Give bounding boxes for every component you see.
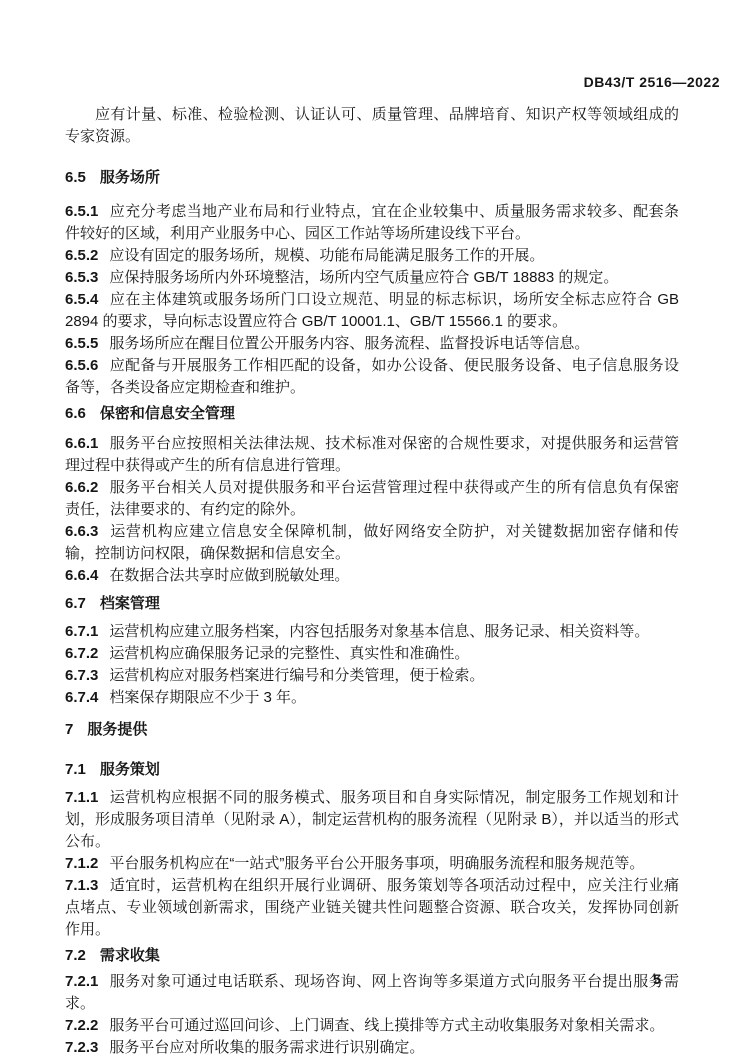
clause-number: 6.7.1 <box>65 623 98 640</box>
clause-text: 服务场所应在醒目位置公开服务内容、服务流程、监督投诉电话等信息。 <box>109 335 589 352</box>
clause-text: 运营机构应建立信息安全保障机制，做好网络安全防护，对关键数据加密存储和传输，控制… <box>65 523 679 562</box>
section-title: 服务场所 <box>100 169 160 186</box>
section-heading-7-1: 7.1服务策划 <box>65 759 679 781</box>
clause-number: 6.5.1 <box>65 203 98 220</box>
clause-text: 应设有固定的服务场所，规模、功能布局能满足服务工作的开展。 <box>109 247 544 264</box>
clause-number: 6.6.4 <box>65 567 98 584</box>
clause-6-6-1: 6.6.1服务平台应按照相关法律法规、技术标准对保密的合规性要求，对提供服务和运… <box>65 433 679 477</box>
clause-number: 6.5.5 <box>65 335 98 352</box>
clause-7-2-2: 7.2.2服务平台可通过巡回问诊、上门调查、线上摸排等方式主动收集服务对象相关需… <box>65 1015 679 1037</box>
clause-6-6-2: 6.6.2服务平台相关人员对提供服务和平台运营管理过程中获得或产生的所有信息负有… <box>65 477 679 521</box>
clause-text: 运营机构应对服务档案进行编号和分类管理，便于检索。 <box>109 667 484 684</box>
clause-6-5-6: 6.5.6应配备与开展服务工作相匹配的设备，如办公设备、便民服务设备、电子信息服… <box>65 355 679 399</box>
clause-7-1-2: 7.1.2平台服务机构应在“一站式”服务平台公开服务事项，明确服务流程和服务规范… <box>65 853 679 875</box>
clause-text: 应保持服务场所内外环境整洁，场所内空气质量应符合 GB/T 18883 的规定。 <box>109 269 618 286</box>
clause-number: 6.6.2 <box>65 479 98 496</box>
clause-text: 档案保存期限应不少于 3 年。 <box>109 689 306 706</box>
section-title: 档案管理 <box>100 595 160 612</box>
standard-number-header: DB43/T 2516—2022 <box>584 74 720 90</box>
section-heading-6-7: 6.7档案管理 <box>65 593 679 615</box>
clause-6-7-1: 6.7.1运营机构应建立服务档案，内容包括服务对象基本信息、服务记录、相关资料等… <box>65 621 679 643</box>
clause-6-5-4: 6.5.4应在主体建筑或服务场所门口设立规范、明显的标志标识，场所安全标志应符合… <box>65 289 679 333</box>
clause-text: 应配备与开展服务工作相匹配的设备，如办公设备、便民服务设备、电子信息服务设备等，… <box>65 357 679 396</box>
section-number: 6.6 <box>65 405 86 422</box>
clause-text: 服务平台可通过巡回问诊、上门调查、线上摸排等方式主动收集服务对象相关需求。 <box>109 1017 664 1034</box>
clause-number: 6.5.6 <box>65 357 98 374</box>
clause-text: 运营机构应根据不同的服务模式、服务项目和自身实际情况，制定服务工作规划和计划，形… <box>65 789 679 850</box>
section-number: 6.7 <box>65 595 86 612</box>
section-title: 保密和信息安全管理 <box>100 405 235 422</box>
clause-number: 7.1.1 <box>65 789 98 806</box>
clause-number: 6.5.3 <box>65 269 98 286</box>
section-number: 6.5 <box>65 169 86 186</box>
section-number: 7.1 <box>65 761 86 778</box>
document-page: DB43/T 2516—2022 应有计量、标准、检验检测、认证认可、质量管理、… <box>0 0 746 1056</box>
clause-6-5-2: 6.5.2应设有固定的服务场所，规模、功能布局能满足服务工作的开展。 <box>65 245 679 267</box>
clause-text: 服务平台相关人员对提供服务和平台运营管理过程中获得或产生的所有信息负有保密责任，… <box>65 479 679 518</box>
clause-6-7-3: 6.7.3运营机构应对服务档案进行编号和分类管理，便于检索。 <box>65 665 679 687</box>
clause-7-2-3: 7.2.3服务平台应对所收集的服务需求进行识别确定。 <box>65 1037 679 1056</box>
clause-7-2-1: 7.2.1服务对象可通过电话联系、现场咨询、网上咨询等多渠道方式向服务平台提出服… <box>65 971 679 1015</box>
chapter-heading-7: 7服务提供 <box>65 719 679 741</box>
clause-number: 6.6.1 <box>65 435 98 452</box>
section-heading-7-2: 7.2需求收集 <box>65 945 679 967</box>
clause-text: 适宜时，运营机构在组织开展行业调研、服务策划等各项活动过程中，应关注行业痛点堵点… <box>65 877 679 938</box>
section-title: 需求收集 <box>100 947 160 964</box>
clause-number: 7.1.3 <box>65 877 98 894</box>
chapter-title: 服务提供 <box>87 721 147 738</box>
clause-number: 6.7.4 <box>65 689 98 706</box>
clause-6-7-4: 6.7.4档案保存期限应不少于 3 年。 <box>65 687 679 709</box>
chapter-number: 7 <box>65 721 73 738</box>
clause-number: 6.6.3 <box>65 523 98 540</box>
clause-6-5-3: 6.5.3应保持服务场所内外环境整洁，场所内空气质量应符合 GB/T 18883… <box>65 267 679 289</box>
clause-number: 7.1.2 <box>65 855 98 872</box>
clause-text: 服务对象可通过电话联系、现场咨询、网上咨询等多渠道方式向服务平台提出服务需求。 <box>65 973 679 1012</box>
clause-number: 6.5.2 <box>65 247 98 264</box>
clause-number: 7.2.1 <box>65 973 98 990</box>
clause-number: 6.7.3 <box>65 667 98 684</box>
clause-text: 平台服务机构应在“一站式”服务平台公开服务事项，明确服务流程和服务规范等。 <box>109 855 644 872</box>
section-number: 7.2 <box>65 947 86 964</box>
section-heading-6-6: 6.6保密和信息安全管理 <box>65 403 679 425</box>
clause-7-1-1: 7.1.1运营机构应根据不同的服务模式、服务项目和自身实际情况，制定服务工作规划… <box>65 787 679 853</box>
clause-text: 应充分考虑当地产业布局和行业特点，宜在企业较集中、质量服务需求较多、配套条件较好… <box>65 203 679 242</box>
clause-6-6-4: 6.6.4在数据合法共享时应做到脱敏处理。 <box>65 565 679 587</box>
clause-number: 6.7.2 <box>65 645 98 662</box>
clause-number: 6.5.4 <box>65 291 98 308</box>
clause-6-5-5: 6.5.5服务场所应在醒目位置公开服务内容、服务流程、监督投诉电话等信息。 <box>65 333 679 355</box>
document-body: 应有计量、标准、检验检测、认证认可、质量管理、品牌培育、知识产权等领域组成的专家… <box>65 104 679 1056</box>
clause-text: 服务平台应对所收集的服务需求进行识别确定。 <box>109 1039 424 1056</box>
page-number: 5 <box>653 971 661 987</box>
clause-6-7-2: 6.7.2运营机构应确保服务记录的完整性、真实性和准确性。 <box>65 643 679 665</box>
clause-text: 应在主体建筑或服务场所门口设立规范、明显的标志标识，场所安全标志应符合 GB 2… <box>65 291 679 330</box>
clause-text: 运营机构应建立服务档案，内容包括服务对象基本信息、服务记录、相关资料等。 <box>109 623 649 640</box>
section-heading-6-5: 6.5服务场所 <box>65 167 679 189</box>
clause-6-6-3: 6.6.3运营机构应建立信息安全保障机制，做好网络安全防护，对关键数据加密存储和… <box>65 521 679 565</box>
clause-text: 在数据合法共享时应做到脱敏处理。 <box>109 567 349 584</box>
clause-text: 运营机构应确保服务记录的完整性、真实性和准确性。 <box>109 645 469 662</box>
clause-6-5-1: 6.5.1应充分考虑当地产业布局和行业特点，宜在企业较集中、质量服务需求较多、配… <box>65 201 679 245</box>
clause-text: 服务平台应按照相关法律法规、技术标准对保密的合规性要求，对提供服务和运营管理过程… <box>65 435 679 474</box>
intro-paragraph: 应有计量、标准、检验检测、认证认可、质量管理、品牌培育、知识产权等领域组成的专家… <box>65 104 679 148</box>
clause-number: 7.2.2 <box>65 1017 98 1034</box>
clause-number: 7.2.3 <box>65 1039 98 1056</box>
clause-7-1-3: 7.1.3适宜时，运营机构在组织开展行业调研、服务策划等各项活动过程中，应关注行… <box>65 875 679 941</box>
section-title: 服务策划 <box>100 761 160 778</box>
